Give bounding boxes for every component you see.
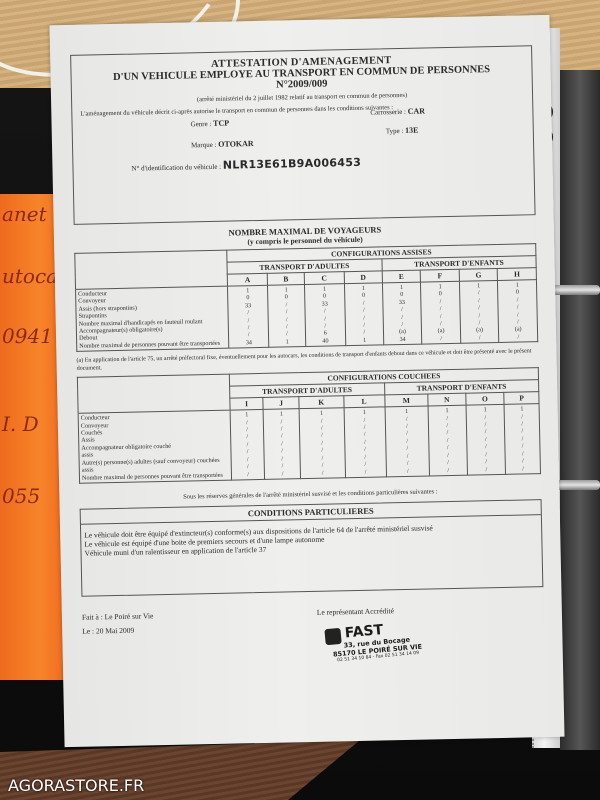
document-content: ATTESTATION D'AMENAGEMENT D'UN VEHICULE …: [70, 45, 546, 716]
cell-value: 1: [272, 338, 303, 346]
binder-ring: [552, 285, 600, 295]
carrosserie-field: Carrosserie : CAR: [370, 106, 425, 116]
column-header-o: O: [465, 393, 504, 406]
cell-value: 40: [308, 337, 344, 345]
cell-value: /: [469, 465, 503, 473]
cell-value: /: [389, 467, 428, 475]
header-box: ATTESTATION D'AMENAGEMENT D'UN VEHICULE …: [70, 45, 535, 225]
column-values-e: 1033///(a)34: [382, 282, 422, 345]
vin-row: N° d'identification du véhicule : NLR13E…: [81, 152, 525, 174]
column-header-f: F: [420, 269, 459, 282]
column-header-c: C: [304, 272, 345, 285]
cell-value: /: [424, 335, 458, 343]
cell-value: /: [508, 465, 538, 473]
column-values-g: 1/////(a)/: [459, 280, 499, 343]
table-row: ConducteurConvoyeurAssis (hors straponti…: [76, 280, 538, 352]
sleeper-configurations-table: CONFIGURATIONS COUCHEES TRANSPORT D'ADUL…: [77, 367, 541, 483]
fast-logo-icon: [324, 628, 341, 645]
column-header-g: G: [459, 268, 498, 281]
cell-value: /: [432, 466, 465, 474]
table-row: ConducteurConvoyeurCouchésAssisAccompagn…: [78, 404, 540, 483]
vin-field: N° d'identification du véhicule : NLR13E…: [131, 156, 361, 174]
watermark: AGORASTORE.FR: [8, 776, 144, 795]
column-values-f: 10////(a)/: [421, 281, 461, 344]
cell-value: /: [267, 470, 298, 478]
date-of-issue: Le : 20 Mai 2009: [82, 626, 134, 636]
column-header-b: B: [268, 273, 304, 286]
cell-value: 34: [231, 339, 267, 347]
column-header-i: I: [230, 398, 263, 411]
column-values-c: 1033///640: [304, 284, 346, 347]
column-values-h: 10////(a)/: [498, 280, 538, 343]
column-header-h: H: [498, 268, 537, 281]
column-header-k: K: [299, 396, 344, 409]
seated-configurations-table: CONFIGURATIONS ASSISES TRANSPORT D'ADULT…: [74, 243, 538, 352]
column-values-k: 1////////: [299, 408, 345, 479]
handwriting: anet: [2, 202, 47, 226]
column-values-j: 1////////: [263, 409, 300, 479]
column-header-j: J: [263, 397, 299, 410]
column-values-p: 1////////: [504, 404, 540, 474]
representative-label: Le représentant Accrédité: [317, 606, 394, 617]
handwriting: I. D: [2, 412, 39, 436]
column-header-a: A: [227, 273, 268, 286]
cell-value: /: [463, 334, 497, 342]
column-values-m: 1////////: [385, 406, 430, 477]
row-labels: ConducteurConvoyeurCouchésAssisAccompagn…: [78, 410, 231, 483]
marque-field: Marque : OTOKAR: [191, 139, 254, 149]
cell-value: /: [501, 333, 535, 341]
handwriting: 055: [2, 484, 40, 508]
company-stamp: FAST 33, rue du Bocage 85170 LE POIRÉ SU…: [320, 618, 435, 688]
column-header-d: D: [344, 271, 382, 284]
document-sheet: ATTESTATION D'AMENAGEMENT D'UN VEHICULE …: [49, 15, 564, 747]
conditions-box: CONDITIONS PARTICULIERES Le véhicule doi…: [80, 499, 544, 597]
column-header-m: M: [385, 394, 429, 407]
column-header-e: E: [382, 270, 421, 283]
column-values-i: 1////////: [230, 410, 265, 480]
column-header-p: P: [504, 392, 539, 405]
column-values-a: 1033////34: [227, 285, 269, 348]
cell-value: 34: [386, 335, 420, 343]
column-values-b: 10/////1: [268, 285, 305, 348]
handwriting: 0941: [2, 324, 53, 348]
place-of-issue: Fait à : Le Poiré sur Vie: [82, 611, 154, 621]
row-labels: ConducteurConvoyeurAssis (hors straponti…: [76, 286, 229, 351]
column-values-o: 1////////: [466, 405, 506, 475]
cell-value: /: [347, 468, 383, 476]
column-header-n: N: [428, 393, 466, 406]
signature-area: Fait à : Le Poiré sur Vie Le : 20 Mai 20…: [82, 597, 546, 717]
binder-spine: [560, 70, 600, 750]
cell-value: /: [303, 469, 343, 477]
column-header-l: L: [343, 395, 384, 408]
column-values-n: 1////////: [428, 405, 467, 475]
column-values-l: 1////////: [344, 407, 387, 478]
type-field: Type : 13E: [386, 126, 419, 136]
genre-field: Genre : TCP: [190, 119, 229, 129]
cell-value: 1: [348, 336, 381, 344]
column-values-d: 10/////1: [345, 283, 384, 346]
cell-value: /: [234, 470, 262, 478]
